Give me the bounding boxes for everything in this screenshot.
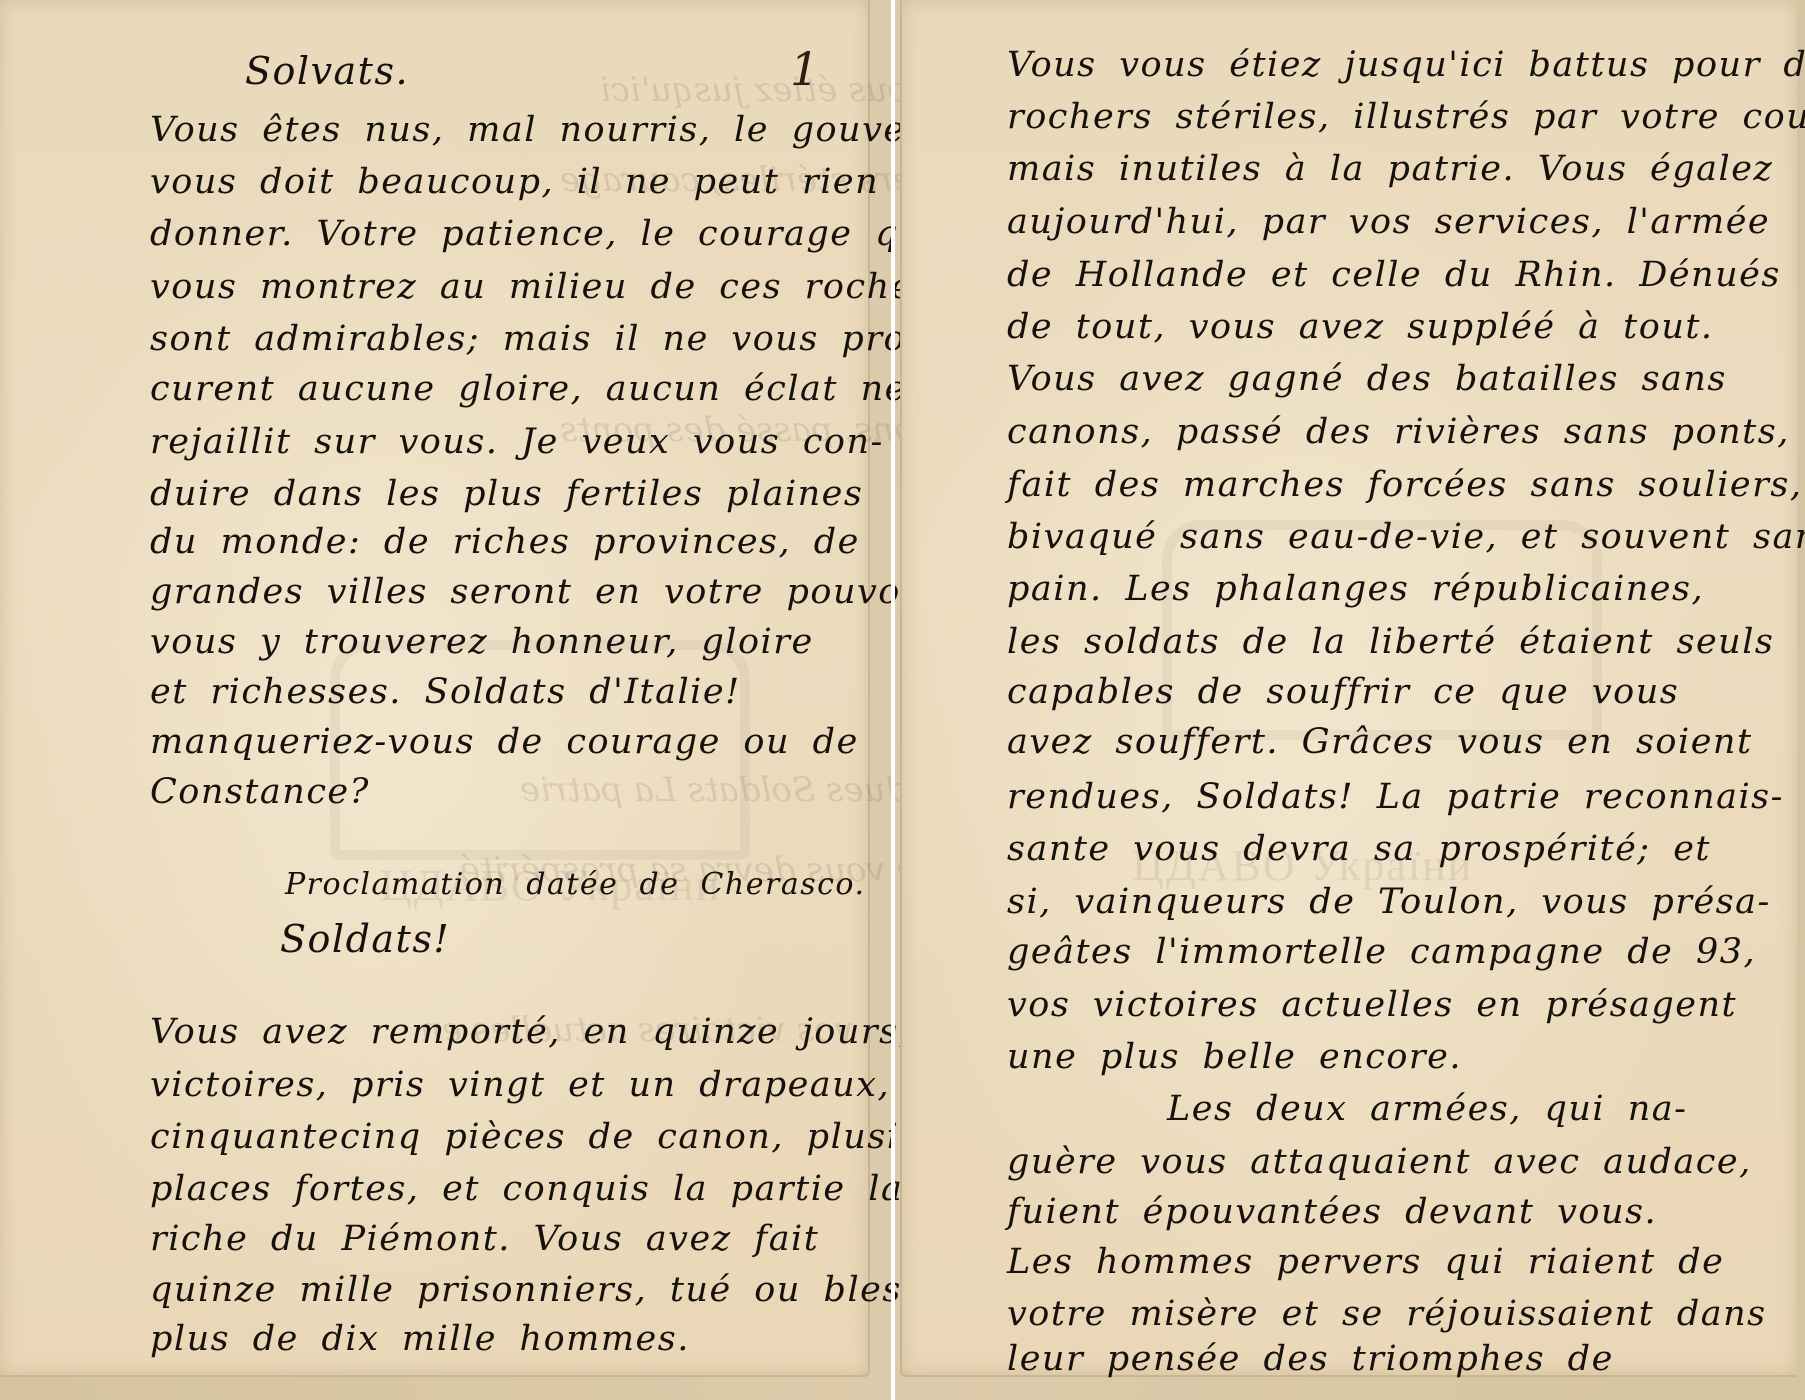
text-line: rejaillit sur vous. Je veux vous con-	[150, 425, 884, 460]
text-line: aujourd'hui, par vos services, l'armée	[1007, 205, 1770, 240]
text-line: sont admirables; mais il ne vous pro-	[150, 322, 919, 357]
text-line: cinquantecinq pièces de canon, plusieurs	[150, 1120, 983, 1155]
section-title: Proclamation datée de Cherasco.	[285, 870, 865, 900]
text-line: du monde: de riches provinces, de	[150, 525, 860, 560]
page-gutter	[891, 0, 895, 1400]
text-line: avez souffert. Grâces vous en soient	[1007, 725, 1753, 760]
text-line: vous montrez au milieu de ces rochers,	[150, 270, 963, 305]
text-line: Les hommes pervers qui riaient de	[1007, 1245, 1724, 1280]
text-line: quinze mille prisonniers, tué ou blessé	[150, 1273, 944, 1308]
section-heading: Soldats!	[280, 920, 450, 958]
text-line: sante vous devra sa prospérité; et	[1007, 832, 1711, 867]
text-line: Constance?	[150, 775, 370, 810]
text-line: manqueriez-vous de courage ou de	[150, 725, 859, 760]
text-line: places fortes, et conquis la partie la p…	[150, 1172, 1006, 1207]
text-line: canons, passé des rivières sans ponts,	[1007, 415, 1790, 450]
text-line: mais inutiles à la patrie. Vous égalez	[1007, 152, 1773, 187]
text-line: vos victoires actuelles en présagent	[1007, 988, 1737, 1023]
manuscript-spread: Vous vous étiez jusqu'ici rochers stéril…	[0, 0, 1805, 1400]
text-line: fait des marches forcées sans souliers,	[1007, 468, 1802, 503]
right-page: ЦДАВО України Vous vous étiez jusqu'ici …	[900, 0, 1797, 1377]
text-line: guère vous attaquaient avec audace,	[1007, 1145, 1752, 1180]
text-line: grandes villes seront en votre pouvoir;	[150, 575, 945, 610]
text-line: Les deux armées, qui na-	[1167, 1092, 1688, 1127]
text-line: geâtes l'immortelle campagne de 93,	[1007, 935, 1756, 970]
text-line: rendues, Soldats! La patrie reconnais-	[1007, 780, 1784, 815]
text-line: rochers stériles, illustrés par votre co…	[1007, 100, 1805, 135]
text-line: vous doit beaucoup, il ne peut rien vous	[150, 165, 989, 200]
text-line: fuient épouvantées devant vous.	[1007, 1195, 1657, 1230]
text-line: Vous avez gagné des batailles sans	[1007, 362, 1727, 397]
text-line: pain. Les phalanges républicaines,	[1007, 572, 1704, 607]
text-line: votre misère et se réjouissaient dans	[1007, 1297, 1767, 1332]
text-line: de Hollande et celle du Rhin. Dénués	[1007, 258, 1781, 293]
text-line: victoires, pris vingt et un drapeaux,	[150, 1068, 890, 1103]
text-line: de tout, vous avez suppléé à tout.	[1007, 310, 1714, 345]
text-line: une plus belle encore.	[1007, 1040, 1462, 1075]
text-line: vous y trouverez honneur, gloire	[150, 625, 814, 660]
text-line: curent aucune gloire, aucun éclat ne	[150, 372, 907, 407]
text-line: les soldats de la liberté étaient seuls	[1007, 625, 1774, 660]
page-number: 1	[790, 42, 819, 96]
text-line: duire dans les plus fertiles plaines	[150, 477, 863, 512]
text-line: et richesses. Soldats d'Italie!	[150, 675, 741, 710]
text-line: Vous vous étiez jusqu'ici battus pour de…	[1007, 48, 1805, 83]
text-line: si, vainqueurs de Toulon, vous présa-	[1007, 885, 1771, 920]
text-line: Vous avez remporté, en quinze jours, dix	[150, 1015, 992, 1050]
left-page: Vous vous étiez jusqu'ici rochers stéril…	[0, 0, 870, 1377]
text-line: leur pensée des triomphes de	[1007, 1342, 1614, 1377]
text-line: capables de souffrir ce que vous	[1007, 675, 1679, 710]
text-line: riche du Piémont. Vous avez fait	[150, 1222, 819, 1257]
bleed-through-text: rendues Soldats La patrie	[520, 770, 966, 810]
letter-heading: Solvats.	[245, 52, 409, 90]
text-line: bivaqué sans eau-de-vie, et souvent sans	[1007, 520, 1805, 555]
text-line: plus de dix mille hommes.	[150, 1322, 690, 1357]
text-line: donner. Votre patience, le courage que	[150, 217, 945, 252]
